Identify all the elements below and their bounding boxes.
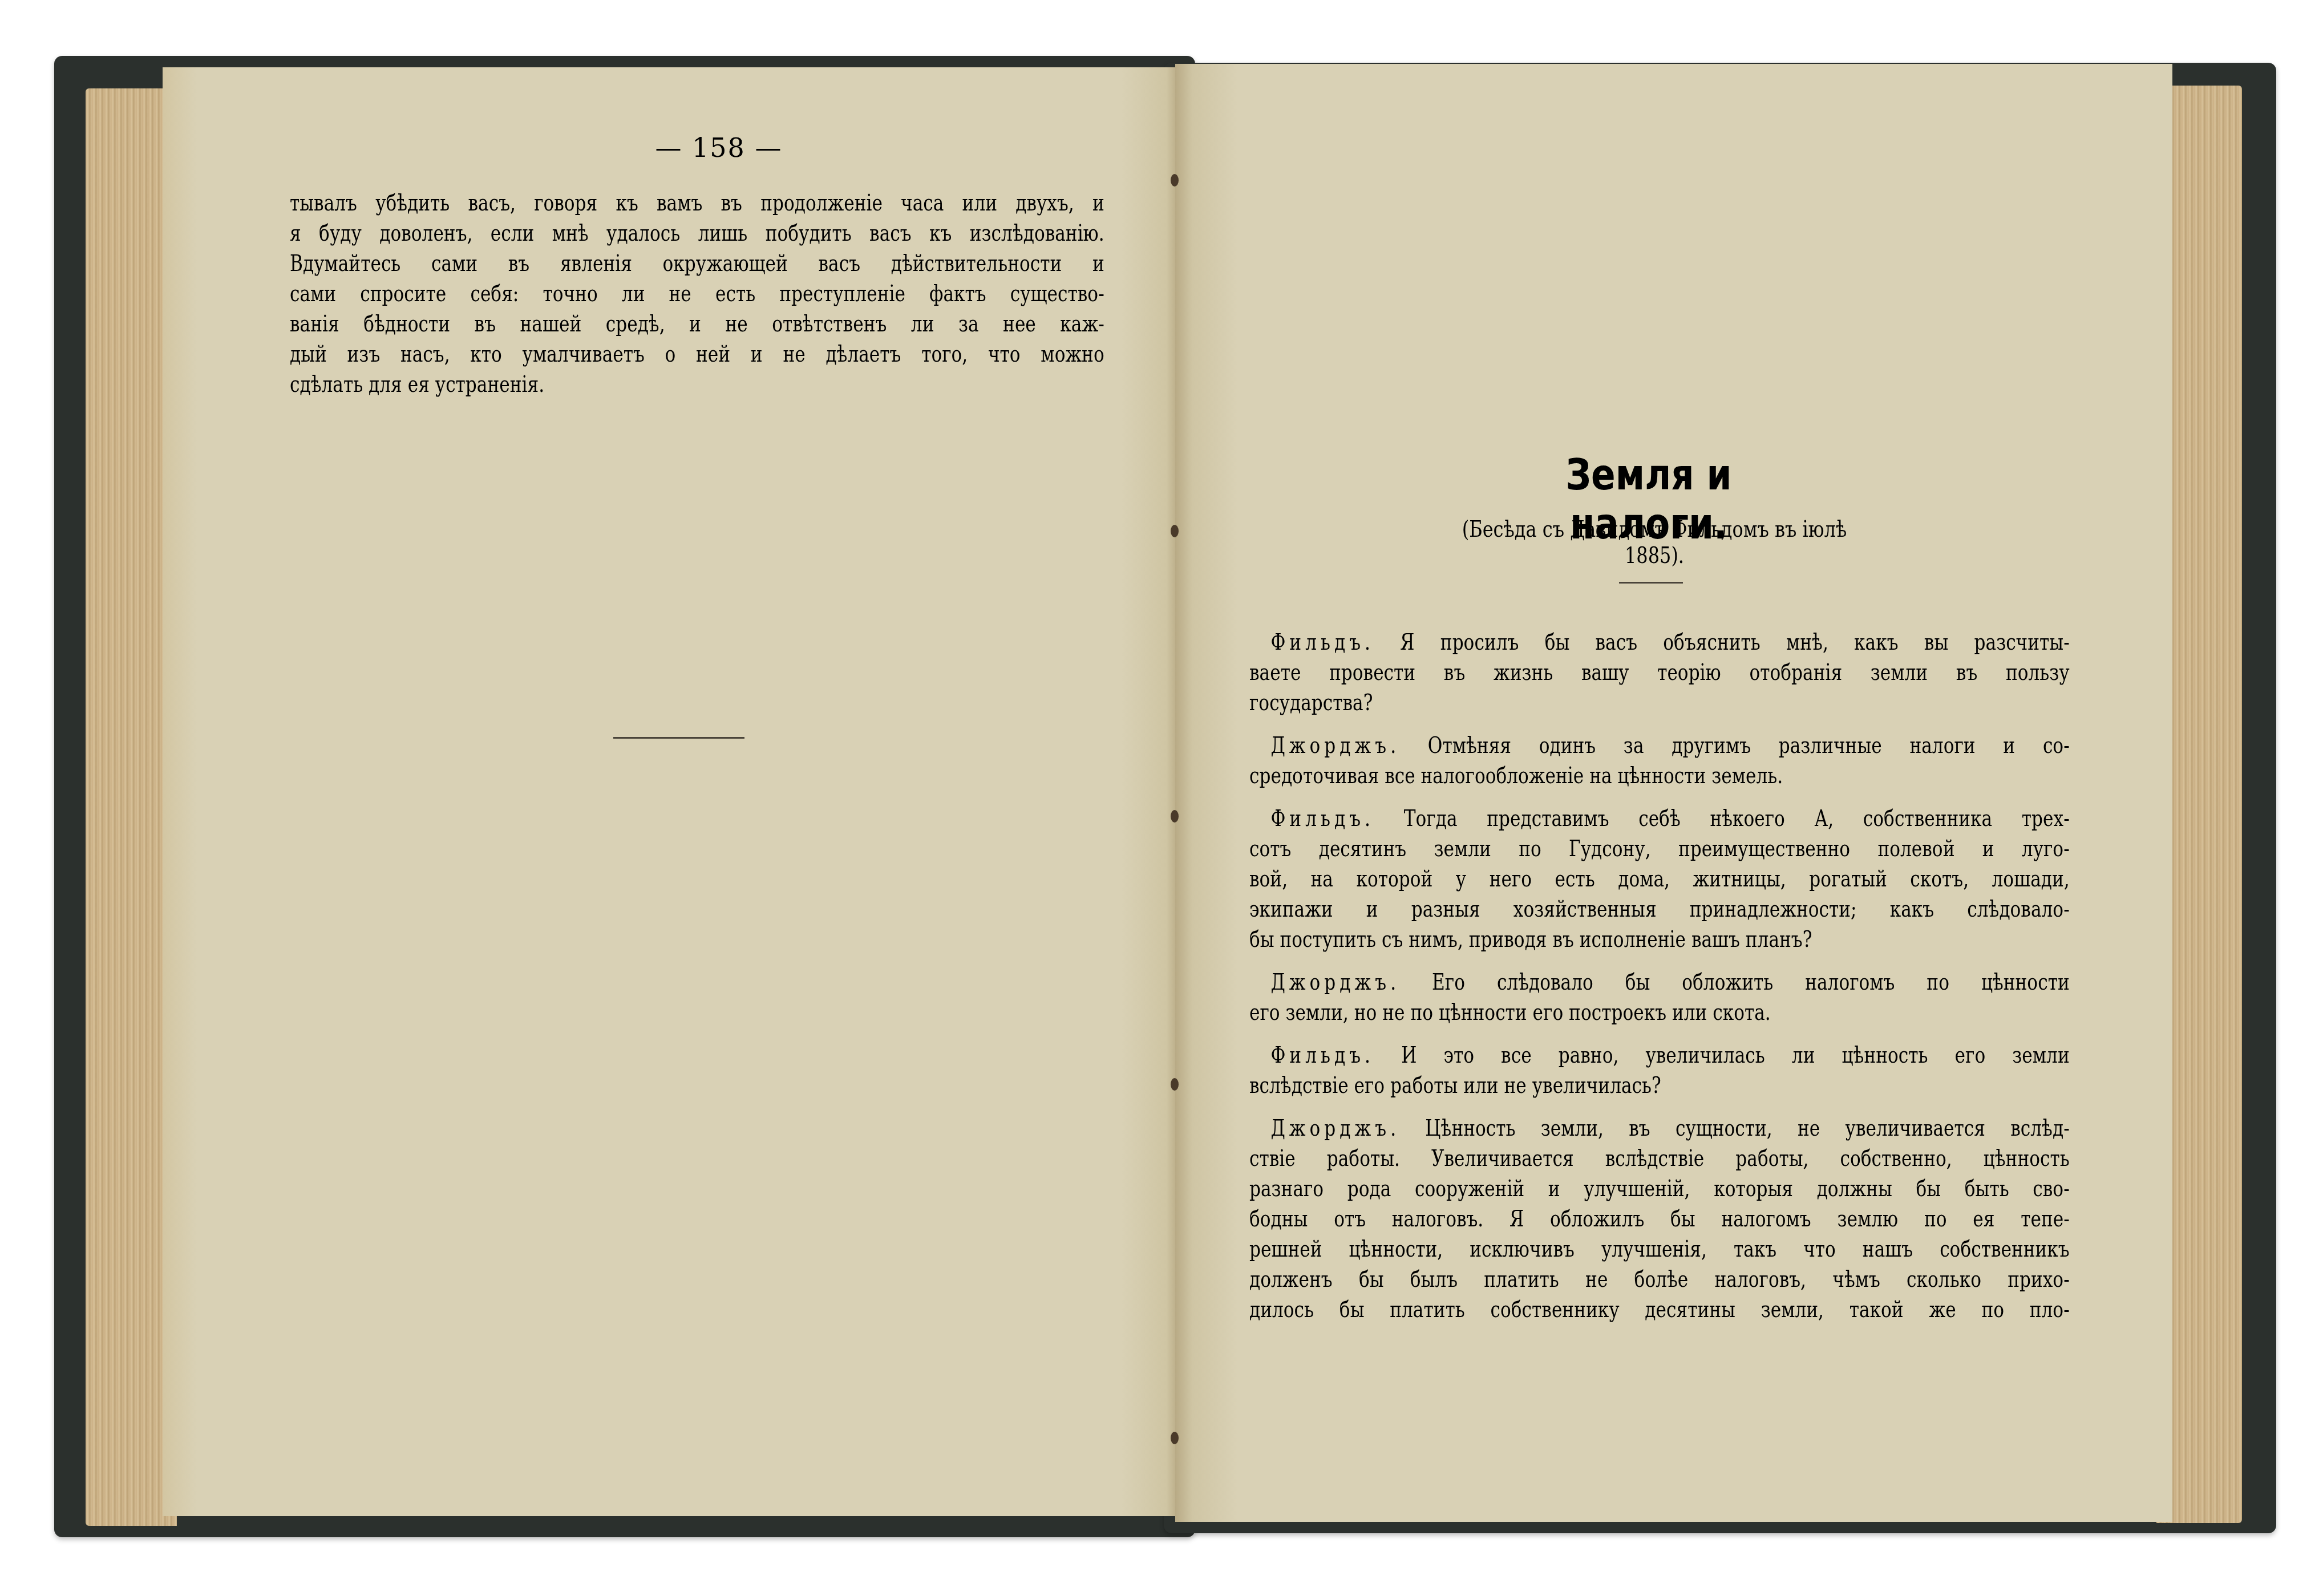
- title-divider: [1619, 582, 1683, 584]
- text-line: Фильдъ. Тогда представимъ себѣ нѣкоего А…: [1249, 804, 2070, 834]
- text-line: решней цѣнности, исключивъ улучшенія, та…: [1249, 1234, 2070, 1265]
- right-page-text: Фильдъ. Я просилъ бы васъ объяснить мнѣ,…: [1249, 627, 2071, 1338]
- text-line: ванія бѣдности въ нашей средѣ, и не отвѣ…: [290, 309, 1104, 339]
- text-line: бодны отъ налоговъ. Я обложилъ бы налого…: [1249, 1204, 2070, 1234]
- binding-hole: [1171, 1432, 1179, 1444]
- text-line: Фильдъ. И это все равно, увеличилась ли …: [1249, 1040, 2070, 1071]
- text-line: ваете провести въ жизнь вашу теорію отоб…: [1249, 658, 2070, 688]
- text-line: вой, на которой у него есть дома, житниц…: [1249, 864, 2070, 894]
- text-line: сдѣлать для ея устраненія.: [290, 370, 1104, 400]
- text-line: дый изъ насъ, кто умалчиваетъ о ней и не…: [290, 339, 1104, 370]
- speaker-name: Фильдъ.: [1270, 805, 1374, 832]
- speaker-name: Фильдъ.: [1270, 1042, 1374, 1068]
- binding-hole: [1171, 1078, 1179, 1091]
- text-line: средоточивая все налогообложеніе на цѣнн…: [1249, 761, 2070, 791]
- chapter-subtitle: (Бесѣда съ Давидомъ Фильдомъ въ іюлѣ 188…: [1435, 516, 1873, 569]
- text-line: Джорджъ. Цѣнность земли, въ сущности, не…: [1249, 1113, 2070, 1144]
- dialogue-paragraph: Фильдъ. Тогда представимъ себѣ нѣкоего А…: [1249, 804, 2071, 955]
- page-number: — 158 —: [605, 132, 833, 163]
- left-page-text: тывалъ убѣдить васъ, говоря къ вамъ въ п…: [290, 188, 1106, 400]
- text-line: сотъ десятинъ земли по Гудсону, преимуще…: [1249, 834, 2070, 864]
- line-text: Тогда представимъ себѣ нѣкоего А, собств…: [1404, 805, 2070, 832]
- text-line: экипажи и разныя хозяйственныя принадлеж…: [1249, 894, 2070, 925]
- line-text: Цѣнность земли, въ сущности, не увеличив…: [1425, 1115, 2069, 1141]
- dialogue-paragraph: Джорджъ. Его слѣдовало бы обложить налог…: [1249, 967, 2071, 1028]
- text-line: разнаго рода сооруженій и улучшеній, кот…: [1249, 1174, 2070, 1204]
- line-text: Отмѣняя одинъ за другимъ различные налог…: [1428, 732, 2070, 759]
- binding-hole: [1171, 525, 1179, 537]
- speaker-name: Фильдъ.: [1270, 629, 1374, 655]
- speaker-name: Джорджъ.: [1270, 1115, 1400, 1141]
- text-line: дилось бы платить собственнику десятины …: [1249, 1295, 2070, 1325]
- dialogue-paragraph: Джорджъ. Цѣнность земли, въ сущности, не…: [1249, 1113, 2071, 1325]
- dialogue-paragraph: Джорджъ. Отмѣняя одинъ за другимъ различ…: [1249, 731, 2071, 791]
- text-line: государства?: [1249, 688, 2070, 718]
- text-line: Вдумайтесь сами въ явленія окружающей ва…: [290, 249, 1104, 279]
- dialogue-paragraph: Фильдъ. И это все равно, увеличилась ли …: [1249, 1040, 2071, 1101]
- spine-binding: [1171, 0, 1180, 1596]
- text-line: сами спросите себя: точно ли не есть пре…: [290, 279, 1104, 309]
- text-line: Джорджъ. Отмѣняя одинъ за другимъ различ…: [1249, 731, 2070, 761]
- text-line: Джорджъ. Его слѣдовало бы обложить налог…: [1249, 967, 2070, 998]
- text-line: его земли, но не по цѣнности его построе…: [1249, 998, 2070, 1028]
- binding-hole: [1171, 174, 1179, 187]
- speaker-name: Джорджъ.: [1270, 969, 1400, 995]
- text-line: вслѣдствіе его работы или не увеличилась…: [1249, 1071, 2070, 1101]
- text-line: я буду доволенъ, если мнѣ удалось лишь п…: [290, 218, 1104, 249]
- line-text: Я просилъ бы васъ объяснить мнѣ, какъ вы…: [1400, 629, 2069, 655]
- text-line: тывалъ убѣдить васъ, говоря къ вамъ въ п…: [290, 188, 1104, 218]
- text-line: долженъ бы былъ платить не болѣе налогов…: [1249, 1265, 2070, 1295]
- section-divider: [613, 737, 744, 739]
- text-line: ствіе работы. Увеличивается вслѣдствіе р…: [1249, 1144, 2070, 1174]
- dialogue-paragraph: Фильдъ. Я просилъ бы васъ объяснить мнѣ,…: [1249, 627, 2071, 718]
- line-text: И это все равно, увеличилась ли цѣнность…: [1401, 1042, 2070, 1068]
- speaker-name: Джорджъ.: [1270, 732, 1400, 759]
- text-line: бы поступить съ нимъ, приводя въ исполне…: [1249, 925, 2070, 955]
- text-line: Фильдъ. Я просилъ бы васъ объяснить мнѣ,…: [1249, 627, 2070, 658]
- line-text: Его слѣдовало бы обложить налогомъ по цѣ…: [1432, 969, 2070, 995]
- binding-hole: [1171, 810, 1179, 823]
